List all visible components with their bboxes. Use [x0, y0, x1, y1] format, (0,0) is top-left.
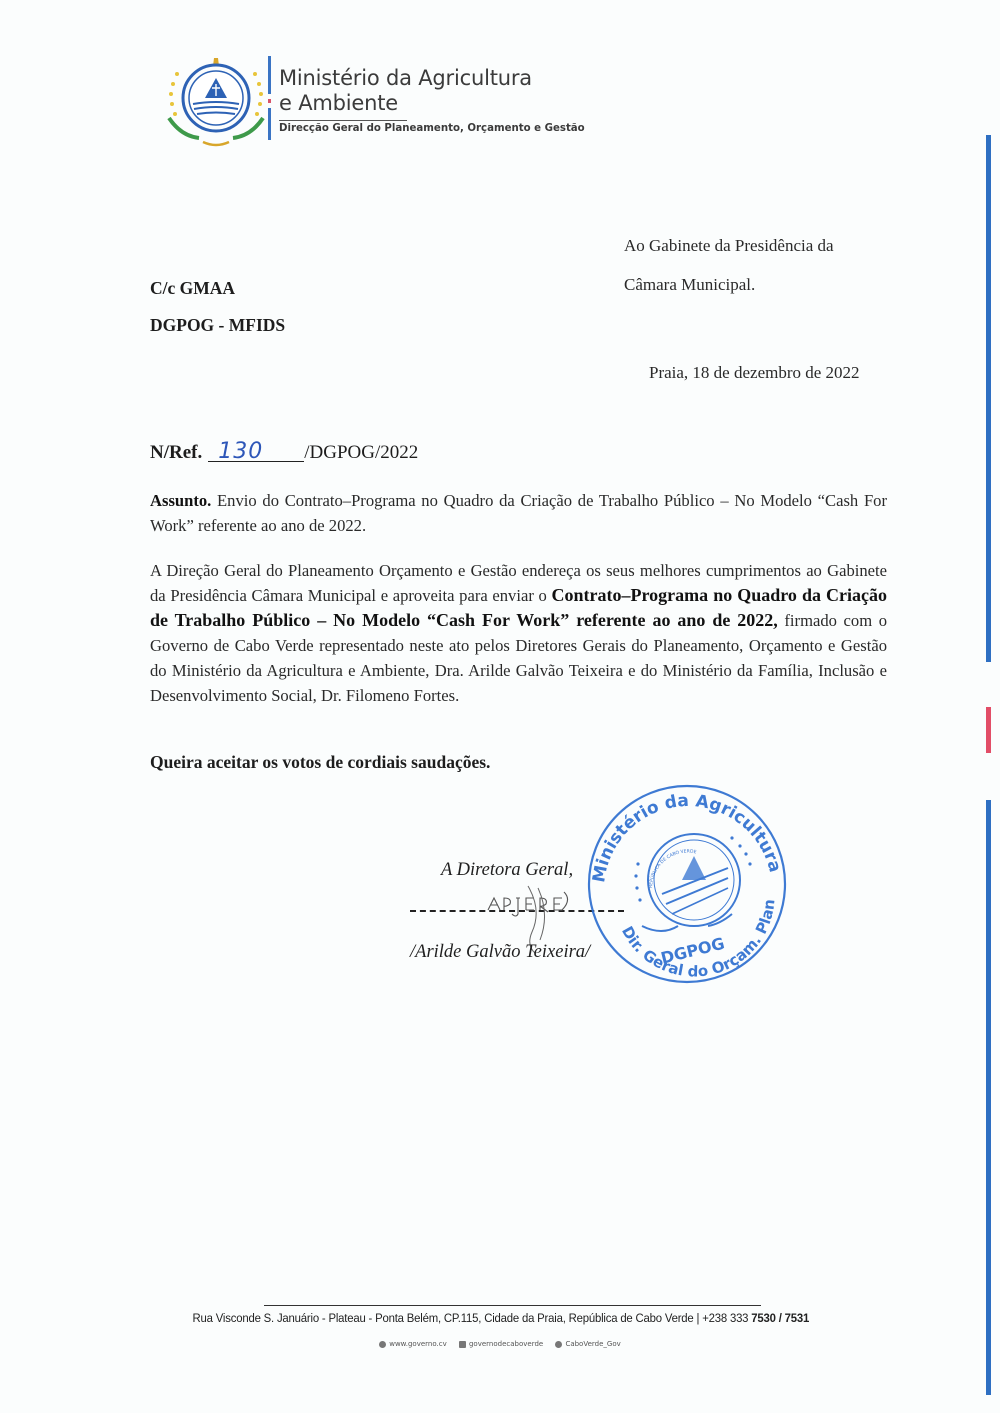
edge-strip-blue [986, 135, 991, 662]
letter-date: Praia, 18 de dezembro de 2022 [649, 363, 860, 383]
official-stamp-icon: Ministério da Agricultura e Ambiente Dir… [582, 776, 792, 991]
reference-number: N/Ref. 130 /DGPOG/2022 [150, 442, 418, 464]
ministry-name-line1: Ministério da Agricultura [279, 66, 532, 91]
letterhead-divider-blue [268, 108, 271, 140]
twitter-icon [555, 1341, 562, 1348]
carbon-copy-block: C/c GMAA DGPOG - MFIDS [150, 270, 285, 344]
ministry-name-line2: e Ambiente [279, 91, 532, 116]
footer-address-text: Rua Visconde S. Januário - Plateau - Pon… [193, 1311, 752, 1325]
edge-strip-blue [986, 800, 991, 1395]
recipient-line2: Câmara Municipal. [624, 265, 834, 304]
stamp-outer-top-text: Ministério da Agricultura e Ambiente [582, 776, 785, 884]
body-paragraph: A Direção Geral do Planeamento Orçamento… [150, 558, 887, 708]
signatory-title: A Diretora Geral, [441, 860, 573, 881]
cc-line1: C/c GMAA [150, 270, 285, 307]
reference-suffix: /DGPOG/2022 [304, 442, 418, 464]
subject-label: Assunto. [150, 491, 211, 510]
cc-line2: DGPOG - MFIDS [150, 307, 285, 344]
closing-salutation: Queira aceitar os votos de cordiais saud… [150, 752, 490, 773]
letterhead-divider-red [268, 99, 271, 103]
footer-social-links: www.governo.cv governodecaboverde CaboVe… [0, 1340, 1000, 1348]
twitter-label: CaboVerde_Gov [565, 1340, 620, 1348]
directorate-name: Direcção Geral do Planeamento, Orçamento… [279, 123, 585, 134]
footer-website-link[interactable]: www.governo.cv [379, 1340, 447, 1348]
globe-icon [379, 1341, 386, 1348]
footer-twitter-link[interactable]: CaboVerde_Gov [555, 1340, 620, 1348]
footer-phone: 7530 / 7531 [751, 1311, 809, 1325]
signatory-name: /Arilde Galvão Teixeira/ [410, 942, 590, 963]
footer-facebook-link[interactable]: governodecaboverde [459, 1340, 543, 1348]
footer-address: Rua Visconde S. Januário - Plateau - Pon… [36, 1311, 966, 1325]
svg-text:Ministério da Agricultura e Am: Ministério da Agricultura e Ambiente [582, 776, 785, 884]
edge-strip-red [986, 707, 991, 753]
cabo-verde-coat-of-arms-icon [163, 56, 269, 150]
facebook-icon [459, 1341, 466, 1348]
ministry-name: Ministério da Agricultura e Ambiente [279, 66, 532, 116]
recipient-line1: Ao Gabinete da Presidência da [624, 226, 834, 265]
facebook-label: governodecaboverde [469, 1340, 543, 1348]
recipient-address: Ao Gabinete da Presidência da Câmara Mun… [624, 226, 834, 304]
website-label: www.governo.cv [389, 1340, 447, 1348]
subject-text: Envio do Contrato–Programa no Quadro da … [150, 491, 887, 535]
letterhead-divider-blue [268, 56, 271, 94]
subject-line: Assunto. Envio do Contrato–Programa no Q… [150, 488, 887, 538]
letterhead-rule [279, 120, 407, 121]
footer-rule [264, 1305, 761, 1306]
letter-page: Ministério da Agricultura e Ambiente Dir… [0, 0, 1000, 1413]
reference-label: N/Ref. [150, 442, 202, 464]
reference-handwritten-number: 130 [208, 443, 304, 462]
